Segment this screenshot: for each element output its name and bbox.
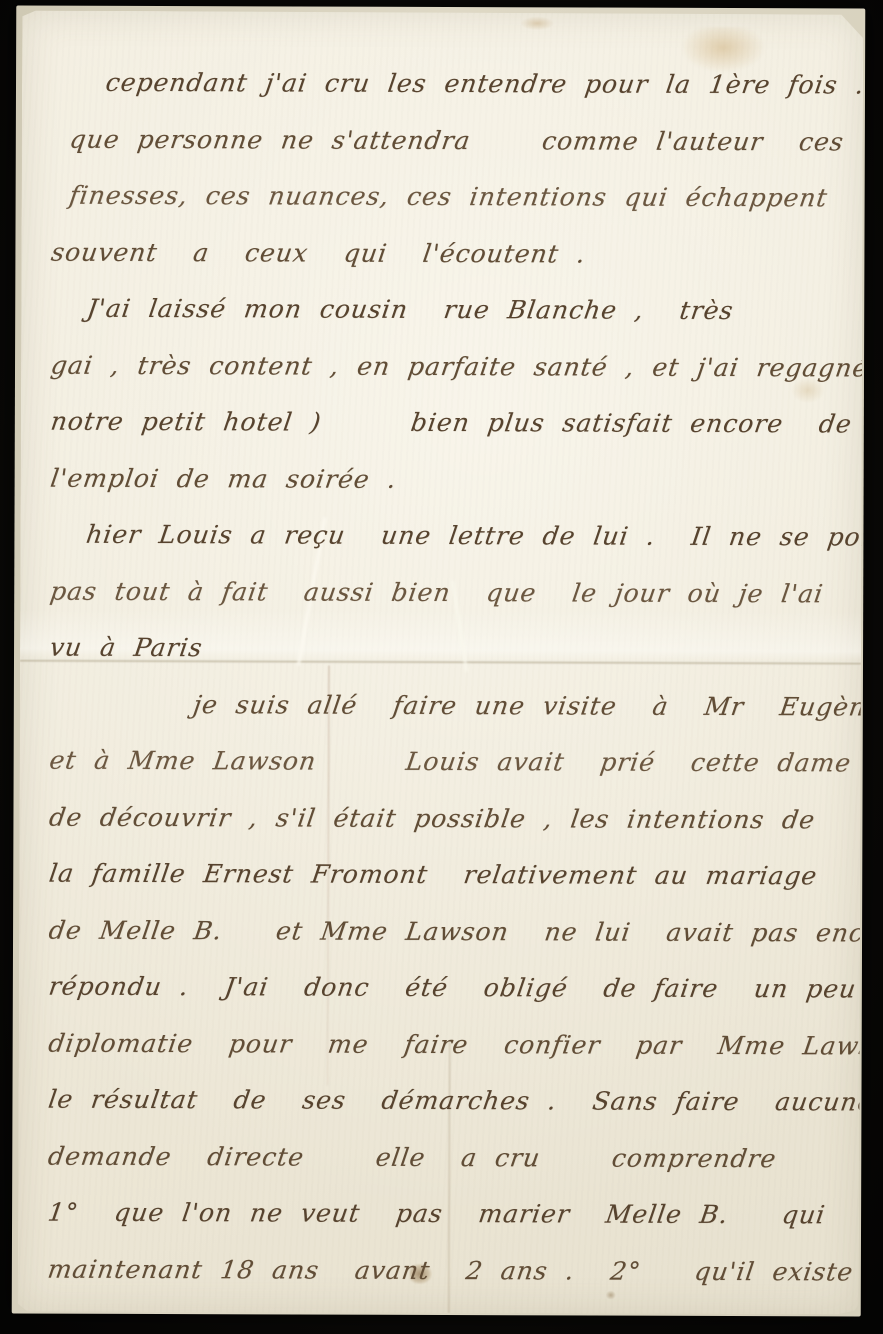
letter-line: que personne ne s'attendra comme l'auteu… (48, 111, 864, 170)
letter-line: de découvrir , s'il était possible , les… (45, 789, 863, 848)
letter-line: je suis allé faire une visite à Mr Eugèn… (46, 676, 864, 735)
letter-line: souvent a ceux qui l'écoutent . (47, 224, 863, 283)
letter-line: pas tout à fait aussi bien que le jour o… (46, 563, 863, 622)
letter-line: J'ai laissé mon cousin rue Blanche , trè… (47, 281, 863, 340)
letter-line: et à Mme Lawson Louis avait prié cette d… (46, 733, 864, 792)
letter-line: répondu . J'ai donc été obligé de faire … (45, 959, 864, 1018)
letter-page: cependant j'ai cru les entendre pour la … (18, 11, 864, 1315)
letter-line: finesses, ces nuances, ces intentions qu… (48, 168, 864, 227)
letter-line: demande directe elle a cru comprendre (44, 1128, 863, 1187)
letter-line: le résultat de ses démarches . Sans fair… (44, 1072, 863, 1131)
letter-photograph: cependant j'ai cru les entendre pour la … (18, 11, 864, 1315)
letter-line: de Melle B. et Mme Lawson ne lui avait p… (45, 902, 863, 961)
letter-line: cependant j'ai cru les entendre pour la … (48, 55, 863, 114)
letter-line: vu à Paris (46, 620, 863, 679)
handwritten-text-block: cependant j'ai cru les entendre pour la … (18, 11, 864, 1315)
letter-line: diplomatie pour me faire confier par Mme… (45, 1015, 864, 1074)
letter-line: hier Louis a reçu une lettre de lui . Il… (46, 507, 863, 566)
letter-line: notre petit hotel ) bien plus satisfait … (47, 394, 864, 453)
letter-line: 1° que l'on ne veut pas marier Melle B. … (44, 1185, 863, 1244)
letter-line: maintenant 18 ans avant 2 ans . 2° qu'il… (44, 1241, 863, 1300)
letter-line: gai , très content , en parfaite santé ,… (47, 337, 863, 396)
letter-line: la famille Ernest Fromont relativement a… (45, 846, 863, 905)
letter-line: l'emploi de ma soirée . (47, 450, 864, 509)
